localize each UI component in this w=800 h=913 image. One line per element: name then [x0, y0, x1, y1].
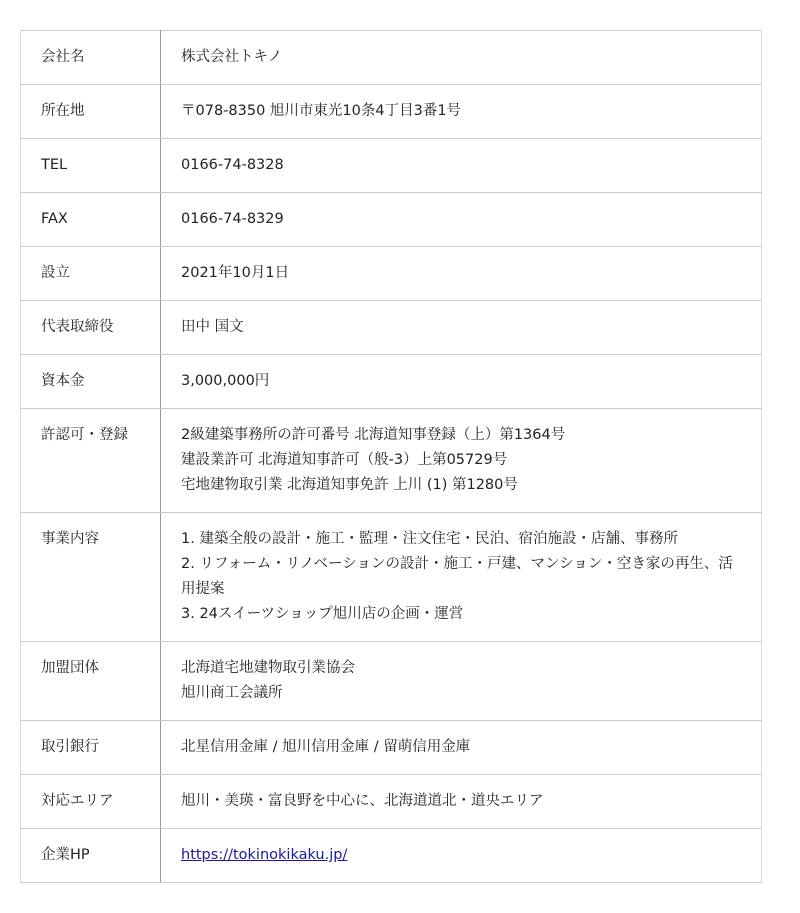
- table-row-tel: TEL 0166-74-8328: [21, 139, 762, 193]
- table-row-capital: 資本金 3,000,000円: [21, 355, 762, 409]
- table-row-banks: 取引銀行 北星信用金庫 / 旭川信用金庫 / 留萌信用金庫: [21, 721, 762, 775]
- value-line: 2. リフォーム・リノベーションの設計・施工・戸建、マンション・空き家の再生、活…: [181, 552, 741, 602]
- row-label: 加盟団体: [21, 642, 161, 721]
- row-label: TEL: [21, 139, 161, 193]
- row-label: 設立: [21, 247, 161, 301]
- row-label: 企業HP: [21, 829, 161, 883]
- value-line: 2021年10月1日: [181, 261, 741, 286]
- representative-value: 田中 国文: [161, 301, 762, 355]
- capital-value: 3,000,000円: [161, 355, 762, 409]
- memberships-value: 北海道宅地建物取引業協会 旭川商工会議所: [161, 642, 762, 721]
- tel-value: 0166-74-8328: [161, 139, 762, 193]
- value-line: 0166-74-8328: [181, 153, 741, 178]
- business-value: 1. 建築全般の設計・施工・監理・注文住宅・民泊、宿泊施設・店舗、事務所 2. …: [161, 513, 762, 642]
- table-row-business: 事業内容 1. 建築全般の設計・施工・監理・注文住宅・民泊、宿泊施設・店舗、事務…: [21, 513, 762, 642]
- website-link[interactable]: https://tokinokikaku.jp/: [181, 847, 347, 863]
- value-line: 旭川・美瑛・富良野を中心に、北海道道北・道央エリア: [181, 789, 741, 814]
- value-line: 旭川商工会議所: [181, 681, 741, 706]
- value-line: 田中 国文: [181, 315, 741, 340]
- fax-value: 0166-74-8329: [161, 193, 762, 247]
- company-profile-table: 会社名 株式会社トキノ 所在地 〒078-8350 旭川市東光10条4丁目3番1…: [20, 30, 762, 883]
- row-label: 資本金: [21, 355, 161, 409]
- table-row-established: 設立 2021年10月1日: [21, 247, 762, 301]
- licenses-value: 2級建築事務所の許可番号 北海道知事登録（上）第1364号 建設業許可 北海道知…: [161, 409, 762, 513]
- row-label: 所在地: [21, 85, 161, 139]
- value-line: 0166-74-8329: [181, 207, 741, 232]
- table-row-service-area: 対応エリア 旭川・美瑛・富良野を中心に、北海道道北・道央エリア: [21, 775, 762, 829]
- value-line: 〒078-8350 旭川市東光10条4丁目3番1号: [181, 99, 741, 124]
- banks-value: 北星信用金庫 / 旭川信用金庫 / 留萌信用金庫: [161, 721, 762, 775]
- established-value: 2021年10月1日: [161, 247, 762, 301]
- table-row-fax: FAX 0166-74-8329: [21, 193, 762, 247]
- value-line: 北海道宅地建物取引業協会: [181, 656, 741, 681]
- value-line: 3. 24スイーツショップ旭川店の企画・運営: [181, 602, 741, 627]
- service-area-value: 旭川・美瑛・富良野を中心に、北海道道北・道央エリア: [161, 775, 762, 829]
- table-row-company-name: 会社名 株式会社トキノ: [21, 31, 762, 85]
- table-row-website: 企業HP https://tokinokikaku.jp/: [21, 829, 762, 883]
- value-line: 北星信用金庫 / 旭川信用金庫 / 留萌信用金庫: [181, 735, 741, 760]
- row-label: FAX: [21, 193, 161, 247]
- company-name-value: 株式会社トキノ: [161, 31, 762, 85]
- row-label: 代表取締役: [21, 301, 161, 355]
- website-value: https://tokinokikaku.jp/: [161, 829, 762, 883]
- row-label: 事業内容: [21, 513, 161, 642]
- value-line: 株式会社トキノ: [181, 45, 741, 70]
- value-line: 1. 建築全般の設計・施工・監理・注文住宅・民泊、宿泊施設・店舗、事務所: [181, 527, 741, 552]
- table-row-address: 所在地 〒078-8350 旭川市東光10条4丁目3番1号: [21, 85, 762, 139]
- row-label: 取引銀行: [21, 721, 161, 775]
- value-line: 宅地建物取引業 北海道知事免許 上川 (1) 第1280号: [181, 473, 741, 498]
- row-label: 会社名: [21, 31, 161, 85]
- table-row-representative: 代表取締役 田中 国文: [21, 301, 762, 355]
- row-label: 対応エリア: [21, 775, 161, 829]
- row-label: 許認可・登録: [21, 409, 161, 513]
- table-row-memberships: 加盟団体 北海道宅地建物取引業協会 旭川商工会議所: [21, 642, 762, 721]
- table-row-licenses: 許認可・登録 2級建築事務所の許可番号 北海道知事登録（上）第1364号 建設業…: [21, 409, 762, 513]
- value-line: 2級建築事務所の許可番号 北海道知事登録（上）第1364号: [181, 423, 741, 448]
- value-line: 3,000,000円: [181, 369, 741, 394]
- address-value: 〒078-8350 旭川市東光10条4丁目3番1号: [161, 85, 762, 139]
- value-line: 建設業許可 北海道知事許可（般-3）上第05729号: [181, 448, 741, 473]
